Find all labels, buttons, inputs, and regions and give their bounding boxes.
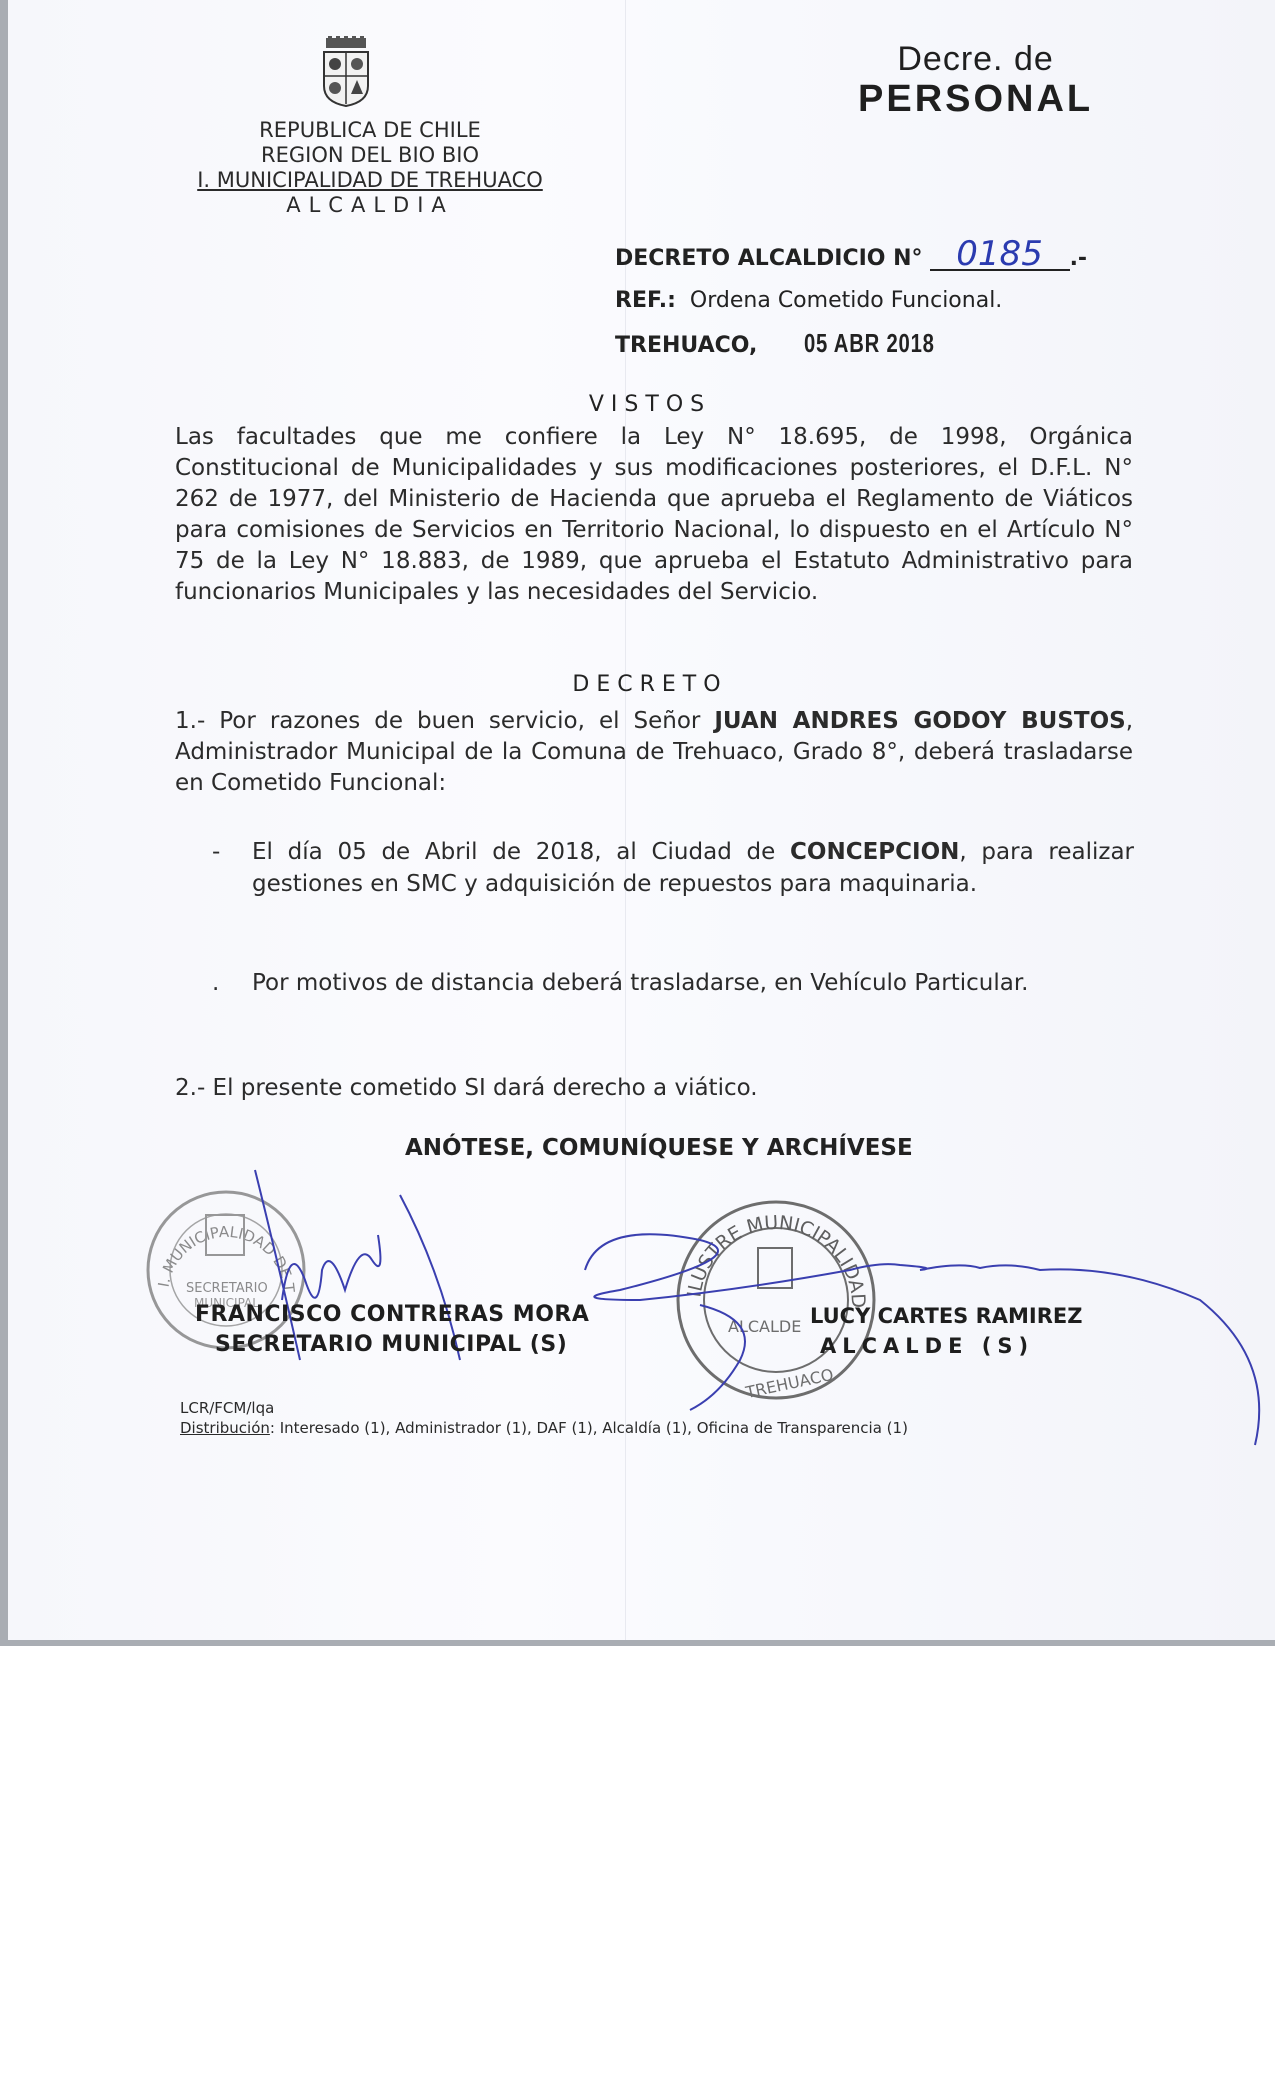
secretary-title: SECRETARIO MUNICIPAL (S) [215, 1330, 589, 1360]
secretary-name: FRANCISCO CONTRERAS MORA [195, 1300, 589, 1330]
mayor-name: LUCY CARTES RAMIREZ [810, 1304, 1083, 1328]
secretary-seal: I. MUNICIPALIDAD DE TREHUACO SECRETARIO … [0, 0, 304, 1348]
mayor-signature-block: LUCY CARTES RAMIREZ ALCALDE (S) [810, 1301, 1083, 1361]
author-initials: LCR/FCM/lqa [180, 1398, 908, 1418]
svg-text:I. MUNICIPALIDAD DE TREHUACO: I. MUNICIPALIDAD DE TREHUACO [0, 0, 298, 1294]
distribution-value: : Interesado (1), Administrador (1), DAF… [270, 1419, 908, 1437]
distribution-label: Distribución [180, 1419, 270, 1437]
secretary-signature-block: FRANCISCO CONTRERAS MORA SECRETARIO MUNI… [195, 1300, 589, 1360]
svg-text:SECRETARIO: SECRETARIO [186, 1281, 268, 1296]
distribution-line: Distribución: Interesado (1), Administra… [180, 1418, 908, 1438]
document-footer: LCR/FCM/lqa Distribución: Interesado (1)… [180, 1398, 908, 1438]
mayor-title: ALCALDE (S) [820, 1331, 1083, 1361]
